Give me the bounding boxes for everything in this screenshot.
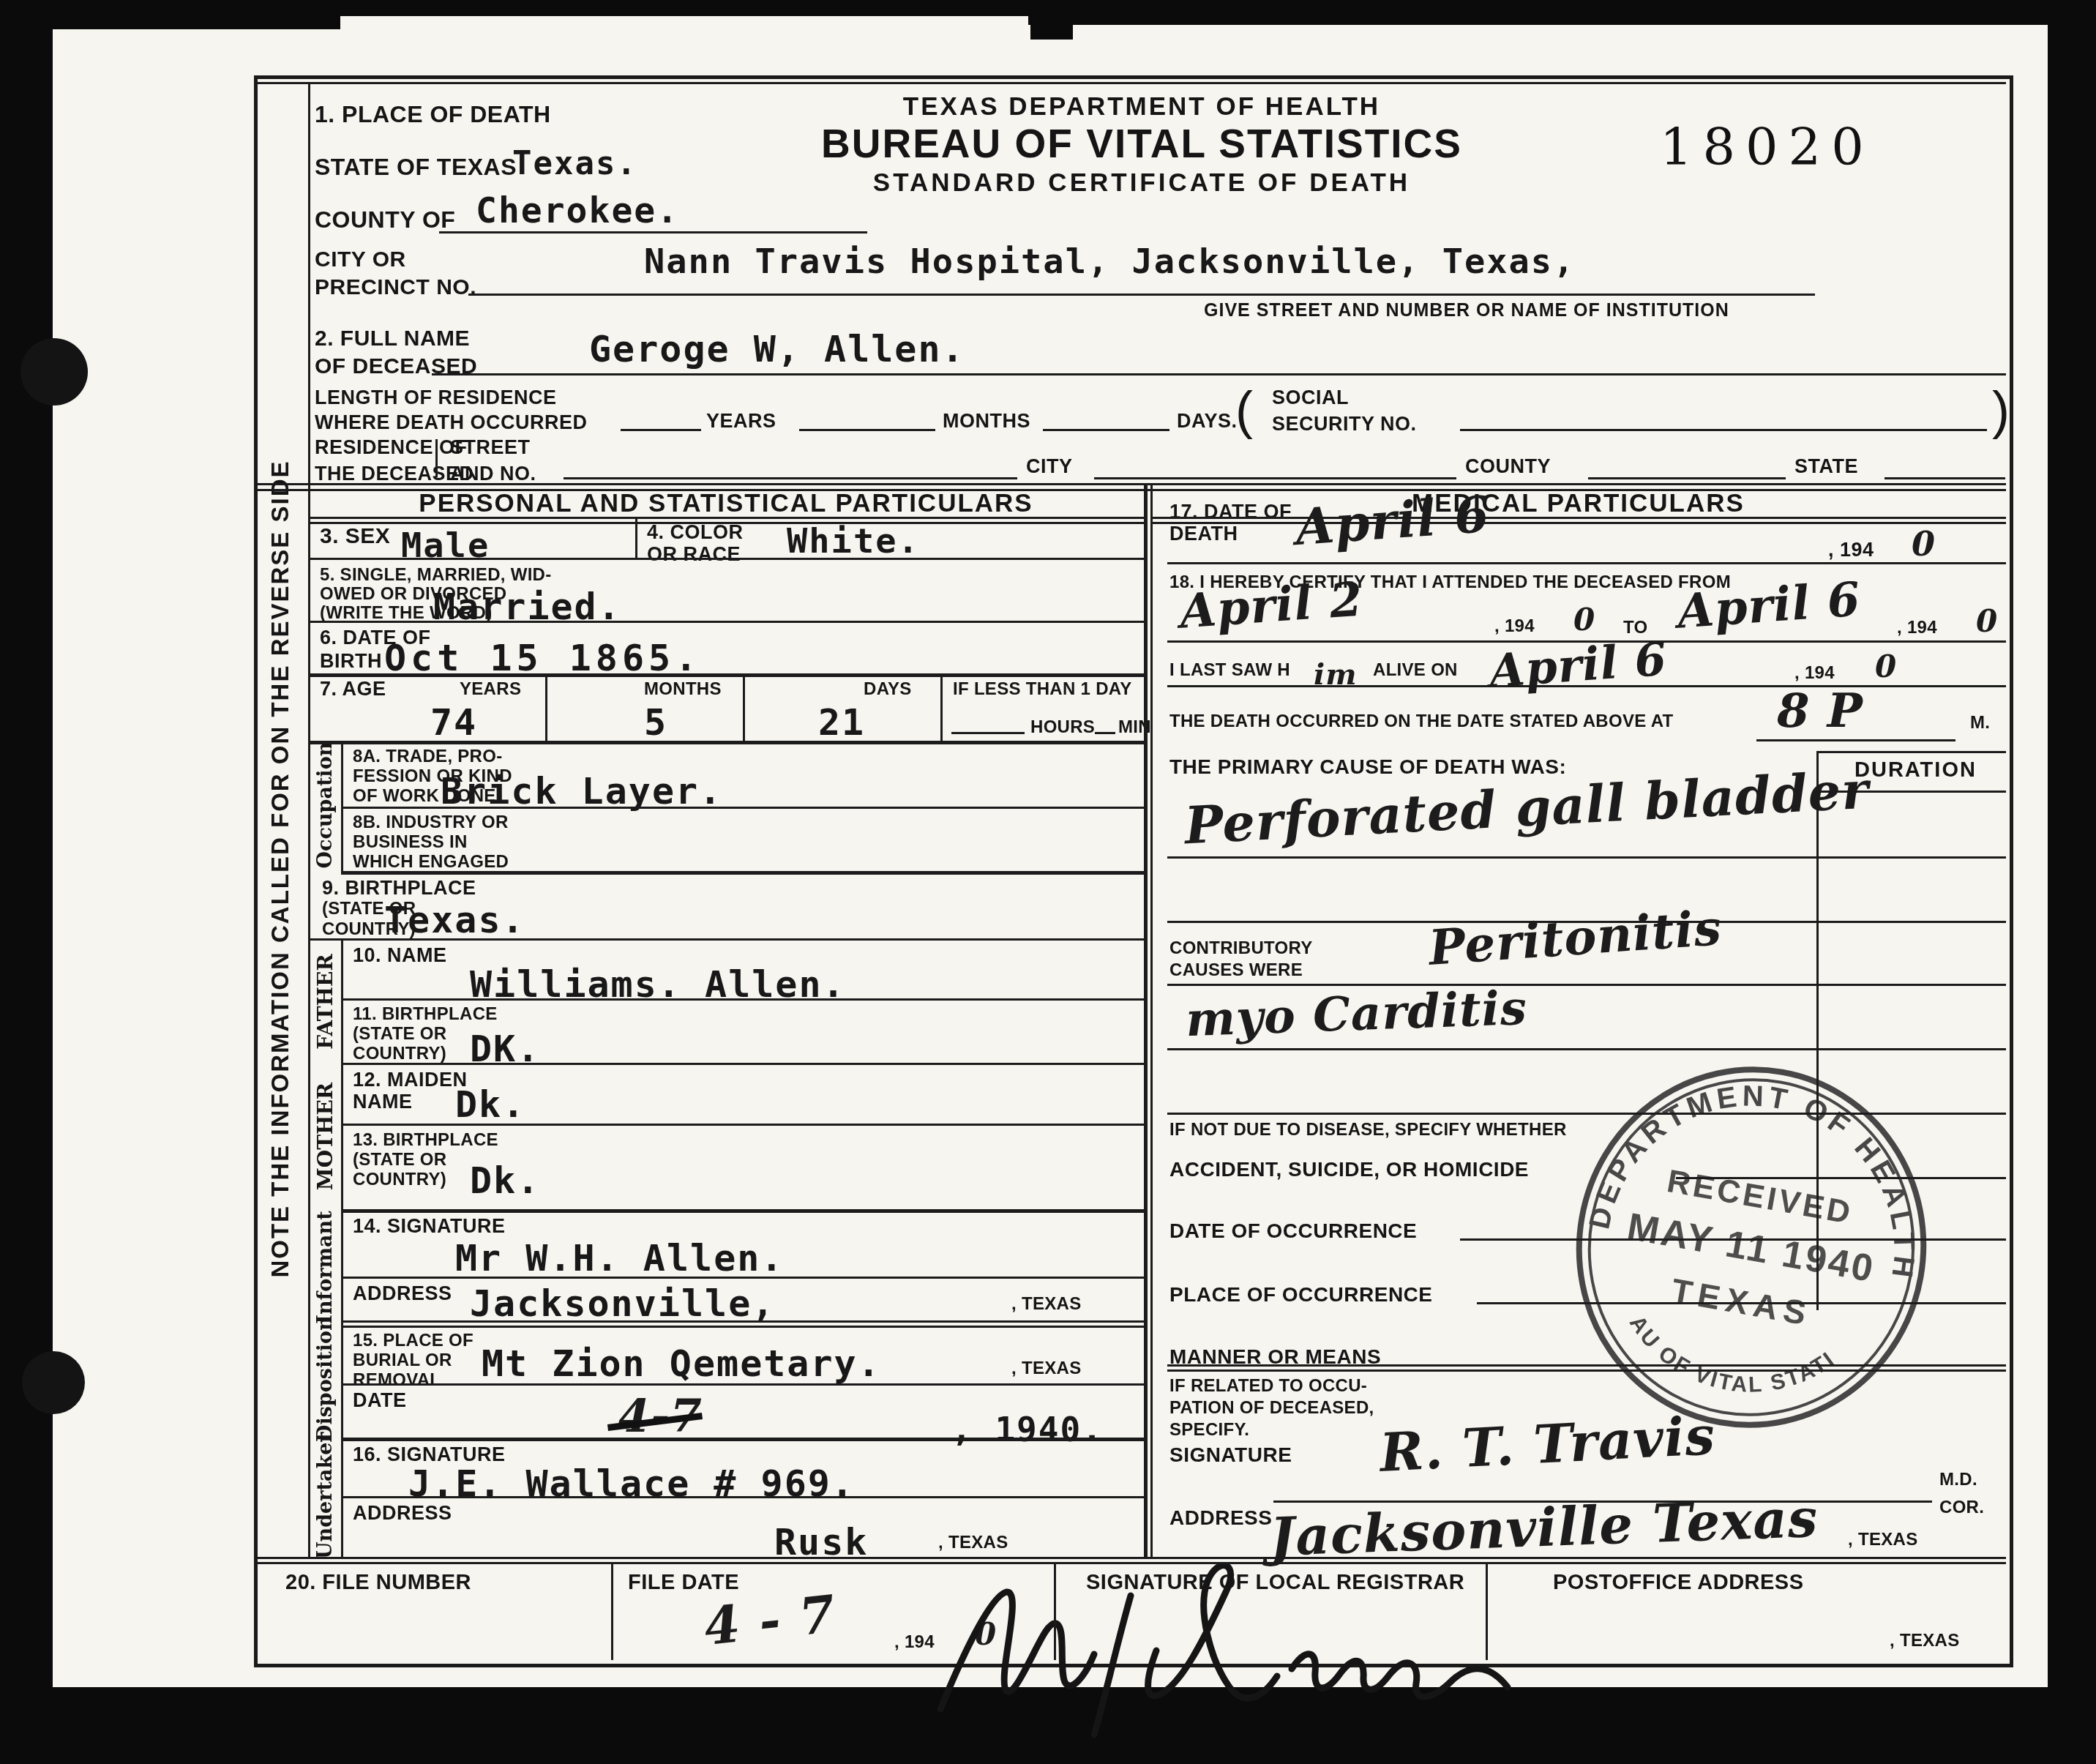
informant-side-label: Informant xyxy=(314,1211,337,1324)
received-stamp: DEPARTMENT OF HEALTH BUREAU OF VITAL STA… xyxy=(1572,1063,1931,1432)
m-label: M. xyxy=(1970,713,1990,733)
birthplace-value: Texas. xyxy=(384,899,525,941)
form-rule xyxy=(341,1320,1144,1323)
maiden-label-2: NAME xyxy=(353,1091,413,1113)
dob-label-2: BIRTH xyxy=(320,650,382,673)
state-of-texas-label: STATE OF TEXAS xyxy=(315,154,517,181)
informant-sig-label: 14. SIGNATURE xyxy=(353,1215,506,1238)
form-rule xyxy=(341,807,1144,809)
form-rule xyxy=(1460,429,1987,431)
date-occurrence-label: DATE OF OCCURRENCE xyxy=(1169,1219,1417,1243)
industry-label-3: WHICH ENGAGED xyxy=(353,852,509,872)
form-rule xyxy=(1884,477,2005,479)
postoffice-label: POSTOFFICE ADDRESS xyxy=(1553,1571,1804,1595)
if-less-label: IF LESS THAN 1 DAY xyxy=(953,679,1132,700)
social-label-2: SECURITY NO. xyxy=(1272,413,1417,436)
form-vrule xyxy=(1150,483,1153,1557)
form-rule xyxy=(308,741,1144,744)
age-days-value: 21 xyxy=(818,701,865,744)
form-rule xyxy=(1167,1048,2006,1050)
form-rule xyxy=(1167,1364,2006,1367)
related-label-1: IF RELATED TO OCCU- xyxy=(1169,1376,1367,1397)
file-date-label: FILE DATE xyxy=(628,1571,739,1595)
form-rule xyxy=(257,489,2006,491)
color-value: White. xyxy=(787,521,920,561)
form-rule xyxy=(308,558,1144,560)
form-rule xyxy=(341,1124,1144,1126)
accident-label: ACCIDENT, SUICIDE, OR HOMICIDE xyxy=(1169,1158,1529,1181)
form-rule xyxy=(1273,1500,1932,1503)
scan-edge-top-right xyxy=(1028,0,2096,25)
form-rule xyxy=(439,231,867,233)
registrar-signature xyxy=(897,1552,1533,1742)
city-small-label: CITY xyxy=(1026,455,1073,478)
hole-punch-top xyxy=(20,338,88,406)
length-label-1: LENGTH OF RESIDENCE xyxy=(315,386,557,409)
state-small-label: STATE xyxy=(1794,455,1858,478)
form-rule xyxy=(341,1209,1144,1213)
hole-punch-bottom xyxy=(22,1351,85,1414)
dod-label-1: 17. DATE OF xyxy=(1169,501,1292,523)
contrib-label-1: CONTRIBUTORY xyxy=(1169,938,1313,959)
residence-label-1: RESIDENCE OF xyxy=(315,436,468,459)
form-rule xyxy=(468,294,1815,296)
city-label-1: CITY OR xyxy=(315,247,406,272)
last-saw-label-1: I LAST SAW H xyxy=(1169,660,1290,681)
informant-addr-label: ADDRESS xyxy=(353,1282,452,1305)
maiden-label-1: 12. MAIDEN xyxy=(353,1069,468,1091)
death-certificate-scan: 1. PLACE OF DEATH STATE OF TEXAS Texas. … xyxy=(0,0,2096,1764)
father-bp-label-3: COUNTRY) xyxy=(353,1044,446,1064)
form-vrule xyxy=(635,517,637,558)
form-rule xyxy=(308,522,1144,524)
occurred-label: THE DEATH OCCURRED ON THE DATE STATED AB… xyxy=(1169,711,1673,732)
form-rule xyxy=(308,517,1144,519)
birthplace-label-1: 9. BIRTHPLACE xyxy=(322,877,476,900)
length-label-2: WHERE DEATH OCCURRED xyxy=(315,411,588,434)
physician-texas-label: , TEXAS xyxy=(1848,1530,1917,1550)
undertaker-texas-label: , TEXAS xyxy=(938,1533,1008,1553)
informant-sig-value: Mr W.H. Allen. xyxy=(455,1237,784,1279)
primary-cause-label: THE PRIMARY CAUSE OF DEATH WAS: xyxy=(1169,755,1566,779)
form-vrule xyxy=(545,673,547,741)
color-label-2: OR RACE xyxy=(647,543,741,566)
form-rule xyxy=(257,82,2006,84)
scan-edge-top-tab xyxy=(1030,0,1073,40)
form-vrule xyxy=(1816,751,1819,1310)
to-zero: 0 xyxy=(1976,603,1998,639)
form-vrule xyxy=(435,439,438,477)
place-occurrence-label: PLACE OF OCCURRENCE xyxy=(1169,1283,1433,1307)
from-zero: 0 xyxy=(1573,602,1595,638)
md-label: M.D. xyxy=(1939,1470,1977,1490)
burial-date-year: , 1940. xyxy=(951,1410,1104,1449)
undertaker-sig-value: J.E. Wallace # 969. xyxy=(408,1462,855,1505)
form-rule xyxy=(341,871,1144,875)
months-label: MONTHS xyxy=(943,410,1030,433)
form-rule xyxy=(1167,685,2006,687)
father-bp-label-1: 11. BIRTHPLACE xyxy=(353,1004,498,1025)
burial-label-1: 15. PLACE OF xyxy=(353,1331,474,1351)
if-not-due-label: IF NOT DUE TO DISEASE, SPECIFY WHETHER xyxy=(1169,1120,1567,1140)
hours-label: HOURS xyxy=(1030,717,1095,738)
related-label-2: PATION OF DECEASED, xyxy=(1169,1398,1374,1419)
mother-bp-label-2: (STATE OR xyxy=(353,1150,446,1170)
bureau-header: BUREAU OF VITAL STATISTICS xyxy=(812,120,1471,167)
city-value: Nann Travis Hospital, Jacksonville, Texa… xyxy=(644,242,1575,282)
cor-label: COR. xyxy=(1939,1498,1984,1518)
place-of-death-label: 1. PLACE OF DEATH xyxy=(315,101,551,128)
to-194: , 194 xyxy=(1897,618,1937,638)
paren-open: ( xyxy=(1235,381,1253,441)
age-months-label: MONTHS xyxy=(644,679,722,700)
form-rule xyxy=(341,1063,1144,1065)
undertaker-side-label: Undertaker xyxy=(314,1438,337,1559)
form-rule xyxy=(1167,1369,2006,1372)
informant-addr-value: Jacksonville, xyxy=(470,1282,775,1325)
age-months-value: 5 xyxy=(644,701,667,744)
physician-addr-label: ADDRESS xyxy=(1169,1506,1272,1530)
burial-texas-label: , TEXAS xyxy=(1011,1358,1081,1379)
form-rule xyxy=(1167,856,2006,859)
form-rule xyxy=(621,429,701,431)
trade-label-1: 8A. TRADE, PRO- xyxy=(353,747,503,767)
age-years-value: 74 xyxy=(430,701,477,744)
color-label-1: 4. COLOR xyxy=(647,521,744,544)
dod-zero: 0 xyxy=(1912,524,1936,564)
form-rule xyxy=(951,732,1025,734)
burial-value: Mt Zion Qemetary. xyxy=(482,1342,881,1385)
days-label: DAYS. xyxy=(1177,410,1238,433)
time-value: 8 P xyxy=(1777,684,1863,739)
marital-label-1: 5. SINGLE, MARRIED, WID- xyxy=(320,565,552,586)
form-rule xyxy=(1094,477,1456,479)
form-rule xyxy=(1150,522,2006,524)
form-rule xyxy=(341,1277,1144,1279)
scan-edge-right xyxy=(2048,0,2096,1764)
form-rule xyxy=(308,621,1144,623)
form-rule xyxy=(564,477,1017,479)
file-number-label: 20. FILE NUMBER xyxy=(285,1571,471,1595)
form-rule xyxy=(1095,732,1115,734)
father-bp-label-2: (STATE OR xyxy=(353,1024,446,1044)
father-side-label: FATHER xyxy=(313,943,337,1061)
mother-bp-label-1: 13. BIRTHPLACE xyxy=(353,1130,498,1151)
form-rule xyxy=(1150,517,2006,519)
age-years-label: YEARS xyxy=(460,679,521,700)
form-rule xyxy=(1588,477,1786,479)
related-label-3: SPECIFY. xyxy=(1169,1420,1249,1440)
burial-label-2: BURIAL OR xyxy=(353,1350,452,1371)
form-rule xyxy=(1460,1238,2006,1241)
postoffice-texas-label: , TEXAS xyxy=(1890,1631,1959,1651)
form-vrule xyxy=(1144,483,1148,1557)
form-rule xyxy=(1756,739,1955,741)
father-name-label: 10. NAME xyxy=(353,944,447,967)
county-value: Cherokee. xyxy=(476,190,679,231)
dod-label-2: DEATH xyxy=(1169,523,1238,545)
form-rule xyxy=(257,483,2006,485)
form-vrule xyxy=(1486,1562,1488,1660)
mother-side-label: MOTHER xyxy=(313,1078,337,1195)
last-194: , 194 xyxy=(1794,663,1835,684)
form-rule xyxy=(341,1496,1144,1498)
street-label-2: AND NO. xyxy=(450,463,536,485)
reverse-side-note: NOTE THE INFORMATION CALLED FOR ON THE R… xyxy=(266,415,294,1323)
form-vrule xyxy=(743,673,745,741)
maiden-value: Dk. xyxy=(455,1083,525,1126)
form-rule xyxy=(1167,562,2006,564)
form-vrule xyxy=(308,82,310,1557)
form-rule xyxy=(1816,791,2006,793)
paren-close: ) xyxy=(1992,381,2010,441)
standard-header: STANDARD CERTIFICATE OF DEATH xyxy=(812,168,1471,198)
undertaker-addr-label: ADDRESS xyxy=(353,1502,452,1525)
form-rule xyxy=(1676,1177,2006,1179)
form-rule xyxy=(308,673,1144,677)
industry-label-1: 8B. INDUSTRY OR xyxy=(353,812,509,833)
fullname-value: Geroge W, Allen. xyxy=(589,328,965,370)
burial-label-3: REMOVAL xyxy=(353,1370,441,1391)
age-label: 7. AGE xyxy=(320,678,386,700)
fullname-label-1: 2. FULL NAME xyxy=(315,326,470,351)
burial-date-label: DATE xyxy=(353,1389,407,1412)
years-label: YEARS xyxy=(706,410,776,433)
mother-bp-label-3: COUNTRY) xyxy=(353,1170,446,1190)
scan-edge-left xyxy=(0,0,53,1764)
form-rule xyxy=(1167,921,2006,923)
disposition-side-label: Disposition xyxy=(314,1321,337,1442)
form-rule xyxy=(257,1557,2006,1559)
occupation-side-label: Occupation xyxy=(314,744,337,869)
form-rule xyxy=(799,429,935,431)
city-label-2: PRECINCT NO. xyxy=(315,275,476,300)
form-rule xyxy=(257,1562,2006,1564)
form-vrule xyxy=(341,938,343,1557)
form-rule xyxy=(1167,984,2006,986)
sex-label: 3. SEX xyxy=(320,524,390,549)
contrib-label-2: CAUSES WERE xyxy=(1169,960,1303,981)
mother-bp-value: Dk. xyxy=(470,1159,540,1202)
industry-label-2: BUSINESS IN xyxy=(353,832,468,853)
age-days-label: DAYS xyxy=(864,679,912,700)
informant-texas-label: , TEXAS xyxy=(1011,1294,1081,1315)
physician-sig-label: SIGNATURE xyxy=(1169,1443,1292,1467)
give-street-note: GIVE STREET AND NUMBER OR NAME OF INSTIT… xyxy=(1204,300,1729,321)
street-label-1: STREET xyxy=(450,436,531,459)
county-small-label: COUNTY xyxy=(1465,455,1551,478)
last-zero: 0 xyxy=(1875,649,1897,684)
form-rule xyxy=(1477,1302,2006,1304)
form-rule xyxy=(341,1326,1144,1328)
from-194: , 194 xyxy=(1494,616,1535,637)
form-vrule xyxy=(611,1562,613,1660)
form-vrule xyxy=(341,741,343,871)
last-saw-label-2: ALIVE ON xyxy=(1373,660,1458,681)
form-rule xyxy=(341,1383,1144,1386)
form-rule xyxy=(1167,640,2006,643)
form-vrule xyxy=(940,673,943,741)
form-rule xyxy=(1043,429,1169,431)
form-rule xyxy=(1167,1113,2006,1115)
form-vrule xyxy=(1054,1562,1056,1660)
form-rule xyxy=(341,1438,1144,1441)
personal-section-title: PERSONAL AND STATISTICAL PARTICULARS xyxy=(308,489,1144,518)
duration-label: DURATION xyxy=(1854,758,1977,782)
dod-194: , 194 xyxy=(1828,539,1874,561)
form-rule xyxy=(308,938,1144,941)
certificate-number: 18020 xyxy=(1660,117,1874,177)
form-rule xyxy=(432,373,2006,375)
state-value: Texas. xyxy=(512,145,637,182)
dept-header: TEXAS DEPARTMENT OF HEALTH xyxy=(812,92,1471,122)
form-rule xyxy=(341,998,1144,1001)
social-label-1: SOCIAL xyxy=(1272,386,1349,409)
county-label: COUNTY OF xyxy=(315,206,455,233)
form-rule xyxy=(1816,751,2006,753)
